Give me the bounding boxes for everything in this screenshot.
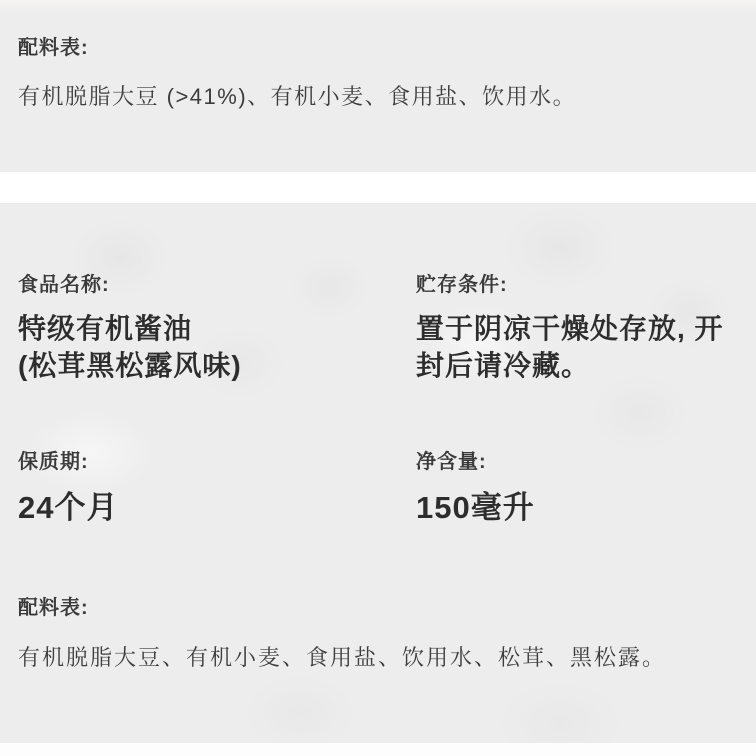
top-ingredients-label: 配料表: [18, 36, 738, 60]
product-details-section: 食品名称: 特级有机酱油 (松茸黑松露风味) 贮存条件: 置于阴凉干燥处存放, … [0, 203, 756, 743]
food-name-value: 特级有机酱油 (松茸黑松露风味) [18, 310, 416, 384]
net-content-label: 净含量: [416, 450, 738, 474]
shelf-life-value: 24个月 [18, 490, 416, 526]
storage-label: 贮存条件: [416, 273, 738, 297]
details-row-2: 保质期: 24个月 净含量: 150毫升 [18, 450, 738, 526]
storage-field: 贮存条件: 置于阴凉干燥处存放, 开 封后请冷藏。 [416, 273, 738, 384]
details-ingredients-text: 有机脱脂大豆、有机小麦、食用盐、饮用水、松茸、黑松露。 [18, 644, 738, 672]
net-content-value: 150毫升 [416, 490, 738, 526]
details-ingredients-block: 配料表: 有机脱脂大豆、有机小麦、食用盐、饮用水、松茸、黑松露。 [18, 596, 738, 672]
details-ingredients-label: 配料表: [18, 596, 738, 620]
section-divider [0, 172, 756, 203]
storage-value: 置于阴凉干燥处存放, 开 封后请冷藏。 [416, 310, 738, 384]
net-content-field: 净含量: 150毫升 [416, 450, 738, 526]
details-row-1: 食品名称: 特级有机酱油 (松茸黑松露风味) 贮存条件: 置于阴凉干燥处存放, … [18, 273, 738, 384]
product-info-panel: 配料表: 有机脱脂大豆 (>41%)、有机小麦、食用盐、饮用水。 食品名称: 特… [0, 0, 756, 756]
shelf-life-field: 保质期: 24个月 [18, 450, 416, 526]
food-name-label: 食品名称: [18, 273, 416, 297]
bottom-divider [0, 743, 756, 756]
top-ingredients-text: 有机脱脂大豆 (>41%)、有机小麦、食用盐、饮用水。 [18, 83, 738, 111]
food-name-field: 食品名称: 特级有机酱油 (松茸黑松露风味) [18, 273, 416, 384]
top-ingredients-section: 配料表: 有机脱脂大豆 (>41%)、有机小麦、食用盐、饮用水。 [0, 0, 756, 172]
shelf-life-label: 保质期: [18, 450, 416, 474]
